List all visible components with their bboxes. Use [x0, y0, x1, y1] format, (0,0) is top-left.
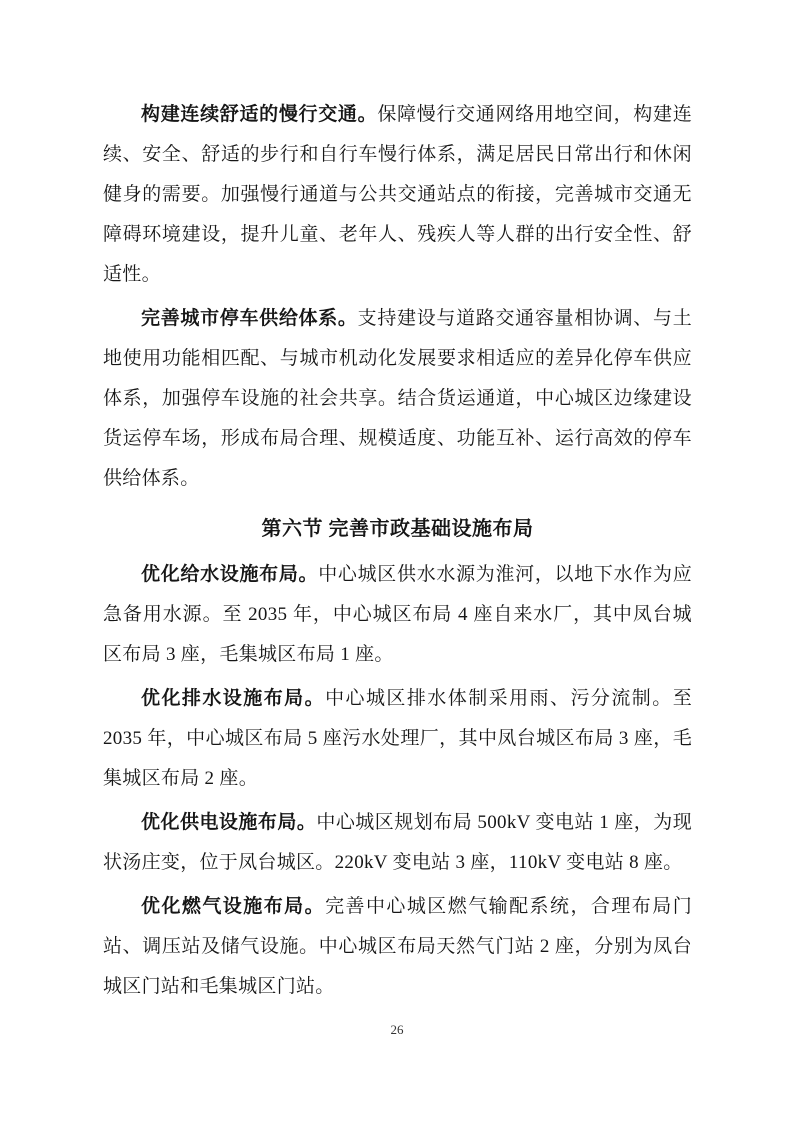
page-number: 26 — [0, 1022, 794, 1038]
document-body: 构建连续舒适的慢行交通。保障慢行交通网络用地空间，构建连续、安全、舒适的步行和自… — [0, 0, 794, 1007]
paragraph-parking-supply: 完善城市停车供给体系。支持建设与道路交通容量相协调、与土地使用功能相匹配、与城市… — [103, 299, 692, 499]
section-heading: 第六节 完善市政基础设施布局 — [103, 509, 692, 549]
paragraph-gas-supply: 优化燃气设施布局。完善中心城区燃气输配系统，合理布局门站、调压站及储气设施。中心… — [103, 887, 692, 1007]
paragraph-lead: 优化供电设施布局。 — [141, 812, 316, 833]
paragraph-text: 支持建设与道路交通容量相协调、与土地使用功能相匹配、与城市机动化发展要求相适应的… — [103, 308, 692, 489]
paragraph-lead: 优化燃气设施布局。 — [141, 896, 325, 917]
paragraph-drainage: 优化排水设施布局。中心城区排水体制采用雨、污分流制。至 2035 年，中心城区布… — [103, 679, 692, 799]
paragraph-lead: 构建连续舒适的慢行交通。 — [141, 104, 377, 125]
paragraph-lead: 优化给水设施布局。 — [141, 564, 318, 585]
paragraph-text: 保障慢行交通网络用地空间，构建连续、安全、舒适的步行和自行车慢行体系，满足居民日… — [103, 104, 692, 285]
paragraph-water-supply: 优化给水设施布局。中心城区供水水源为淮河，以地下水作为应急备用水源。至 2035… — [103, 555, 692, 675]
paragraph-lead: 优化排水设施布局。 — [141, 688, 325, 709]
document-page: 构建连续舒适的慢行交通。保障慢行交通网络用地空间，构建连续、安全、舒适的步行和自… — [0, 0, 794, 1122]
paragraph-power-supply: 优化供电设施布局。中心城区规划布局 500kV 变电站 1 座，为现状汤庄变，位… — [103, 803, 692, 883]
paragraph-slow-traffic: 构建连续舒适的慢行交通。保障慢行交通网络用地空间，构建连续、安全、舒适的步行和自… — [103, 95, 692, 295]
paragraph-lead: 完善城市停车供给体系。 — [141, 308, 358, 329]
